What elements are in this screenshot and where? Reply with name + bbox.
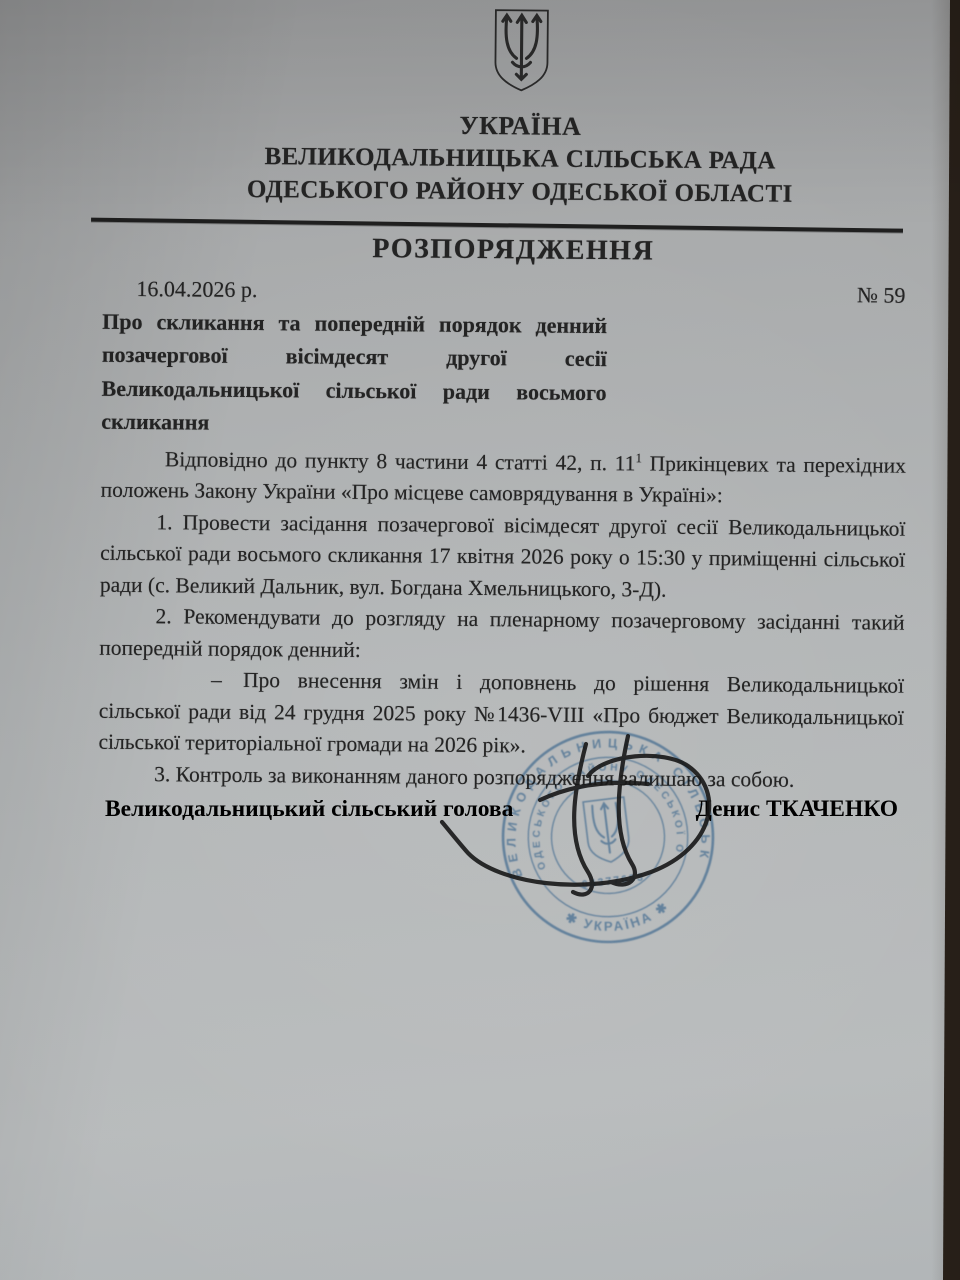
document-date: 16.04.2026 р.: [102, 275, 257, 302]
paragraph-item-2: 2. Рекомендувати до розгляду на пленарно…: [99, 601, 905, 671]
legal-basis-text: Відповідно до пункту 8 частини 4 статті …: [165, 447, 636, 475]
paragraph-item-1: 1. Провести засідання позачергової вісім…: [100, 506, 906, 608]
ukraine-trident-icon: [491, 7, 552, 92]
document-subject: Про скликання та попередній порядок денн…: [101, 304, 607, 442]
paper-sheet: УКРАЇНА ВЕЛИКОДАЛЬНИЦЬКА СІЛЬСЬКА РАДА О…: [0, 0, 960, 1280]
paragraph-legal-basis: Відповідно до пункту 8 частини 4 статті …: [101, 443, 907, 513]
header-district-name: ОДЕСЬКОГО РАЙОНУ ОДЕСЬКОЇ ОБЛАСТІ: [117, 172, 922, 212]
document-content: УКРАЇНА ВЕЛИКОДАЛЬНИЦЬКА СІЛЬСЬКА РАДА О…: [0, 0, 960, 1280]
agenda-dash: –: [155, 664, 243, 696]
document-number: № 59: [857, 282, 908, 308]
signature-ink-icon: [436, 726, 736, 916]
header-divider: [91, 218, 903, 233]
document-title: РОЗПОРЯДЖЕННЯ: [111, 230, 916, 269]
document-header: УКРАЇНА ВЕЛИКОДАЛЬНИЦЬКА СІЛЬСЬКА РАДА О…: [117, 107, 923, 212]
coat-of-arms-block: [118, 4, 924, 100]
photo-of-document: { "document": { "header": { "country": "…: [0, 0, 960, 1280]
meta-row: 16.04.2026 р. № 59: [102, 275, 907, 308]
